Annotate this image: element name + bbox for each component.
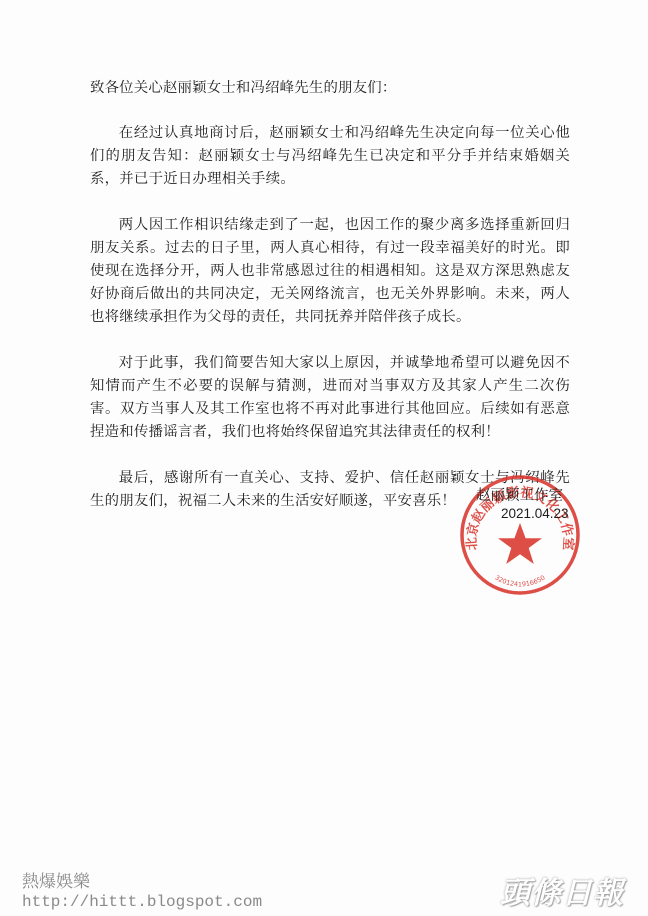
star-icon [498,523,542,564]
watermark-url: http://hittt.blogspot.com [22,892,262,912]
salutation: 致各位关心赵丽颖女士和冯绍峰先生的朋友们： [90,77,570,100]
paragraph-1: 在经过认真地商讨后，赵丽颖女士和冯绍峰先生决定向每一位关心他们的朋友告知：赵丽颖… [90,122,570,191]
document-page: 致各位关心赵丽颖女士和冯绍峰先生的朋友们： 在经过认真地商讨后，赵丽颖女士和冯绍… [0,0,648,916]
paragraph-3: 对于此事，我们简要告知大家以上原因，并诚挚地希望可以避免因不知情而产生不必要的误… [90,352,570,444]
watermark-title: 熱爆娛樂 [22,872,262,892]
watermark-blog: 熱爆娛樂 http://hittt.blogspot.com [22,872,262,912]
svg-text:3201241916650: 3201241916650 [493,574,546,589]
signature-name: 赵丽颖工作室 [476,484,563,505]
newspaper-logo: 頭條日報 [500,868,624,912]
seal-number: 3201241916650 [493,574,546,589]
signature-date: 2021.04.23 [501,506,569,521]
paragraph-2: 两人因工作相识结缘走到了一起，也因工作的聚少离多选择重新回归朋友关系。过去的日子… [90,214,570,329]
letter-body: 致各位关心赵丽颖女士和冯绍峰先生的朋友们： 在经过认真地商讨后，赵丽颖女士和冯绍… [90,77,570,536]
